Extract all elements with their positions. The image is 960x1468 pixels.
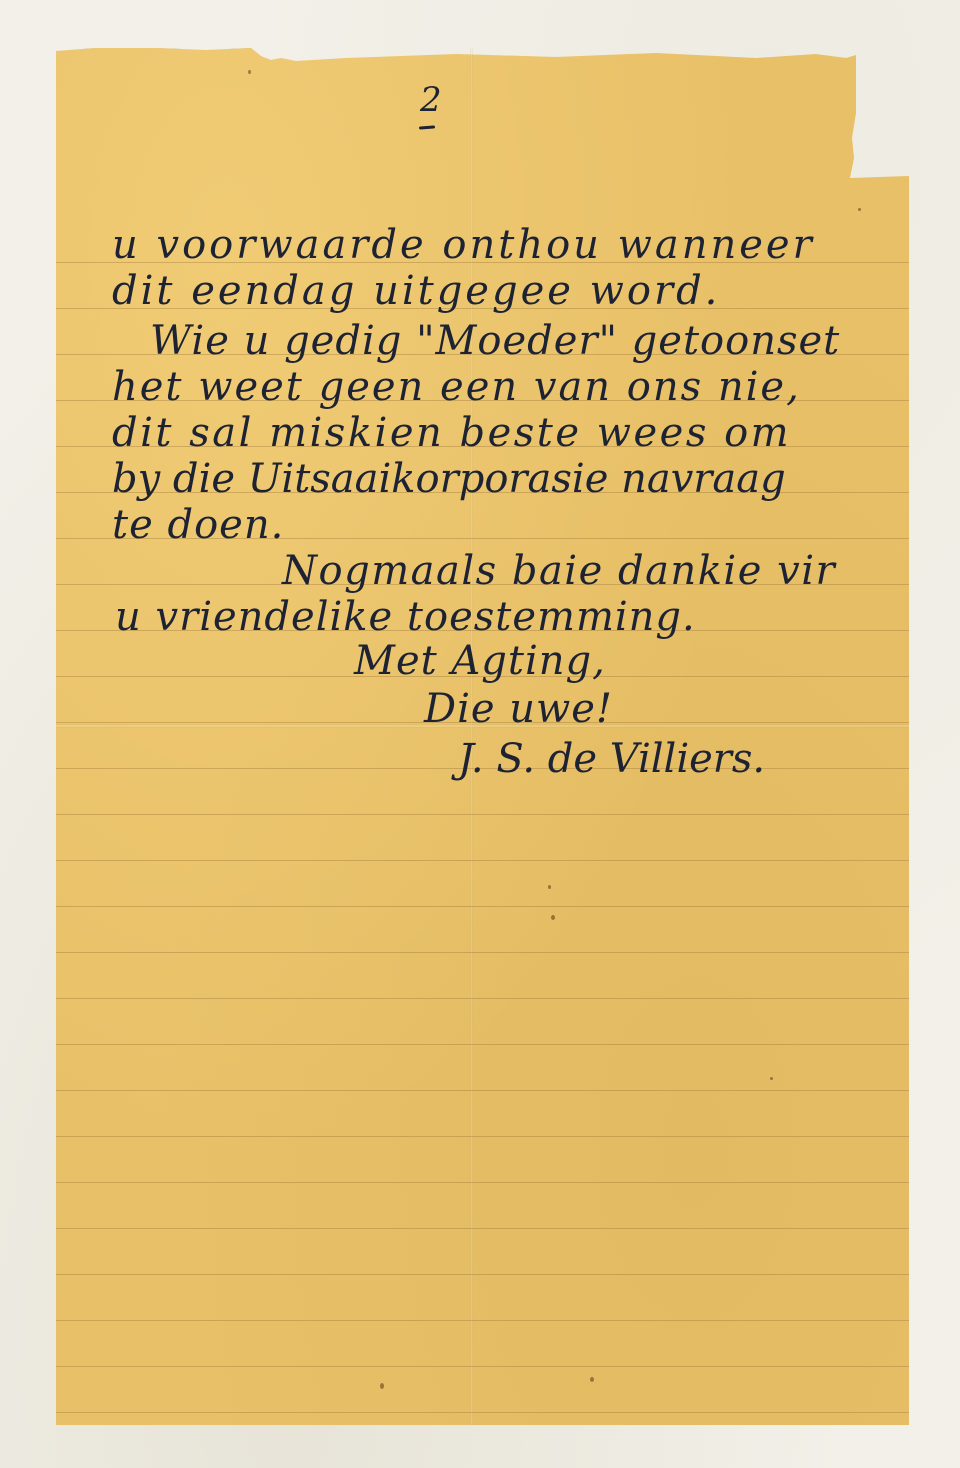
body-line: te doen. [112, 502, 284, 548]
salutation: Met Agting, [354, 638, 606, 684]
signature: J. S. de Villiers. [458, 736, 765, 782]
page-number: 2 [420, 80, 442, 120]
body-line: Nogmaals baie dankie vir [282, 548, 836, 594]
body-line: u vriendelike toestemming. [115, 594, 696, 640]
body-line: u voorwaarde onthou wanneer [112, 222, 815, 268]
body-line: by die Uitsaaikorporasie navraag [112, 456, 786, 502]
signoff: Die uwe! [424, 686, 613, 732]
body-line: het weet geen een van ons nie, [112, 364, 801, 410]
body-line: Wie u gedig "Moeder" getoonset [150, 318, 840, 364]
body-line: dit sal miskien beste wees om [112, 410, 791, 456]
body-line: dit eendag uitgegee word. [112, 268, 720, 314]
